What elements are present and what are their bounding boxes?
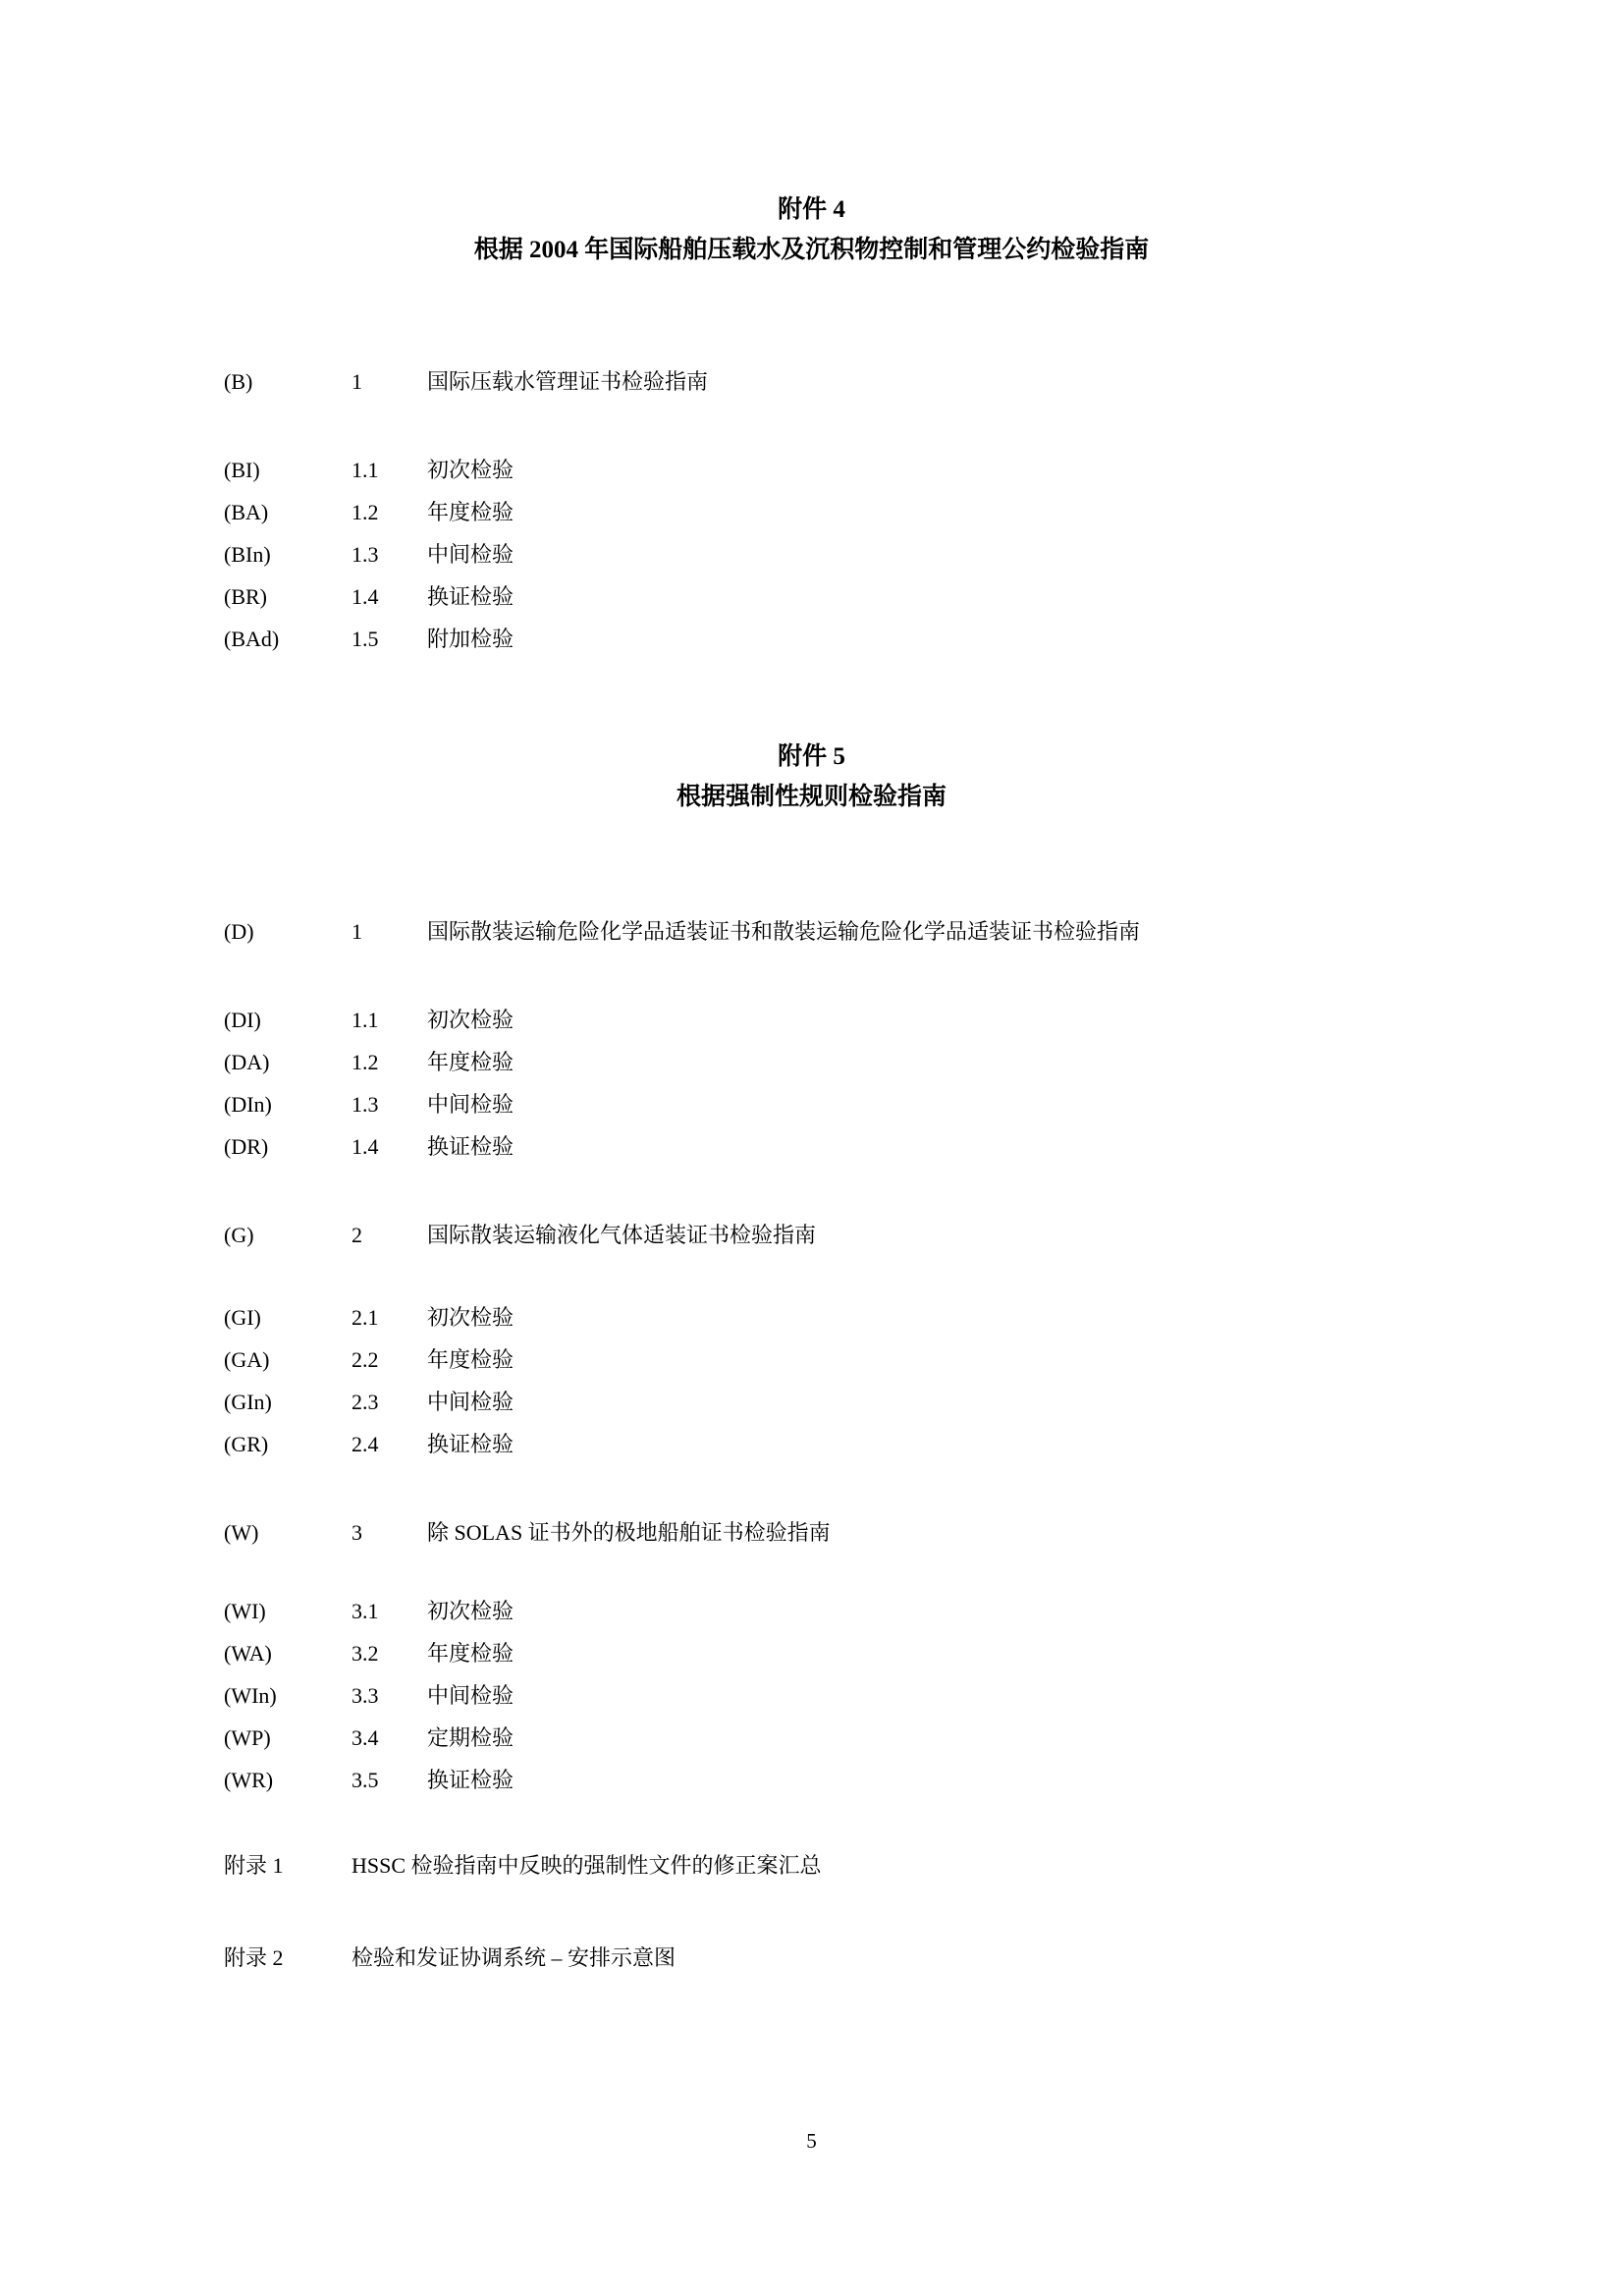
toc-row: (BI) 1.1 初次检验	[0, 449, 1623, 491]
item-code: (BR)	[224, 575, 352, 618]
item-number: 2.4	[352, 1423, 427, 1465]
item-text: 中间检验	[427, 1083, 1535, 1125]
item-number: 2	[352, 1214, 427, 1257]
item-code: (GI)	[224, 1296, 352, 1339]
item-text: 中间检验	[427, 1674, 1535, 1717]
annex4-title: 附件 4	[0, 191, 1623, 229]
item-number: 1.3	[352, 1083, 427, 1125]
item-text: 中间检验	[427, 1381, 1535, 1423]
item-text: 初次检验	[427, 1296, 1535, 1339]
toc-row: (WP) 3.4 定期检验	[0, 1717, 1623, 1759]
toc-row: (GIn) 2.3 中间检验	[0, 1381, 1623, 1423]
appendix-label: 附录 2	[224, 1937, 352, 1980]
item-text: 年度检验	[427, 1041, 1535, 1083]
toc-row: (WI) 3.1 初次检验	[0, 1590, 1623, 1632]
item-code: (W)	[224, 1511, 352, 1555]
toc-row: (BAd) 1.5 附加检验	[0, 618, 1623, 660]
item-number: 2.2	[352, 1339, 427, 1381]
item-number: 2.3	[352, 1381, 427, 1423]
item-text: 初次检验	[427, 449, 1535, 491]
item-number: 3.4	[352, 1717, 427, 1759]
item-text: 换证检验	[427, 575, 1535, 618]
item-text: 除 SOLAS 证书外的极地船舶证书检验指南	[427, 1511, 1535, 1555]
annex4-sublist: (BI) 1.1 初次检验 (BA) 1.2 年度检验 (BIn) 1.3 中间…	[0, 449, 1623, 660]
item-text: 年度检验	[427, 1632, 1535, 1674]
item-code: (WR)	[224, 1759, 352, 1801]
item-number: 1.4	[352, 575, 427, 618]
annex5-sublist-d: (DI) 1.1 初次检验 (DA) 1.2 年度检验 (DIn) 1.3 中间…	[0, 999, 1623, 1168]
toc-row: (BA) 1.2 年度检验	[0, 491, 1623, 533]
item-number: 1.2	[352, 1041, 427, 1083]
toc-row-main-d: (D) 1 国际散装运输危险化学品适装证书和散装运输危险化学品适装证书检验指南	[0, 910, 1623, 954]
item-code: (BAd)	[224, 618, 352, 660]
item-code: (WIn)	[224, 1674, 352, 1717]
document-page: 附件 4 根据 2004 年国际船舶压载水及沉积物控制和管理公约检验指南 (B)…	[0, 0, 1623, 2296]
item-text: 换证检验	[427, 1125, 1535, 1168]
item-number: 1.5	[352, 618, 427, 660]
item-code: (GA)	[224, 1339, 352, 1381]
item-number: 1.4	[352, 1125, 427, 1168]
toc-row-main-w: (W) 3 除 SOLAS 证书外的极地船舶证书检验指南	[0, 1511, 1623, 1555]
page-number: 5	[0, 2129, 1623, 2154]
item-number: 1	[352, 910, 427, 954]
item-number: 1.1	[352, 449, 427, 491]
item-text: 国际散装运输液化气体适装证书检验指南	[427, 1214, 1535, 1257]
item-number: 3.1	[352, 1590, 427, 1632]
item-number: 1.1	[352, 999, 427, 1041]
item-text: 定期检验	[427, 1717, 1535, 1759]
item-number: 1.3	[352, 533, 427, 575]
annex5-subtitle: 根据强制性规则检验指南	[0, 776, 1623, 819]
toc-row: (GR) 2.4 换证检验	[0, 1423, 1623, 1465]
item-number: 1	[352, 360, 427, 404]
item-number: 3.2	[352, 1632, 427, 1674]
item-code: (BI)	[224, 449, 352, 491]
annex5-sublist-w: (WI) 3.1 初次检验 (WA) 3.2 年度检验 (WIn) 3.3 中间…	[0, 1590, 1623, 1801]
toc-row-main-g: (G) 2 国际散装运输液化气体适装证书检验指南	[0, 1214, 1623, 1257]
appendix-row-1: 附录 1 HSSC 检验指南中反映的强制性文件的修正案汇总	[0, 1844, 1623, 1887]
item-code: (DR)	[224, 1125, 352, 1168]
item-number: 3.3	[352, 1674, 427, 1717]
item-code: (DA)	[224, 1041, 352, 1083]
toc-row: (DA) 1.2 年度检验	[0, 1041, 1623, 1083]
item-code: (WP)	[224, 1717, 352, 1759]
toc-row: (DI) 1.1 初次检验	[0, 999, 1623, 1041]
item-text: 初次检验	[427, 999, 1535, 1041]
toc-row: (GA) 2.2 年度检验	[0, 1339, 1623, 1381]
item-text: 年度检验	[427, 491, 1535, 533]
appendix-label: 附录 1	[224, 1844, 352, 1887]
item-code: (B)	[224, 360, 352, 404]
item-text: 年度检验	[427, 1339, 1535, 1381]
item-number: 3	[352, 1511, 427, 1555]
item-text: 国际散装运输危险化学品适装证书和散装运输危险化学品适装证书检验指南	[427, 910, 1535, 954]
toc-row: (WA) 3.2 年度检验	[0, 1632, 1623, 1674]
toc-row: (WR) 3.5 换证检验	[0, 1759, 1623, 1801]
item-number: 2.1	[352, 1296, 427, 1339]
annex4-subtitle: 根据 2004 年国际船舶压载水及沉积物控制和管理公约检验指南	[0, 229, 1623, 272]
toc-row: (BIn) 1.3 中间检验	[0, 533, 1623, 575]
toc-row-main-b: (B) 1 国际压载水管理证书检验指南	[0, 360, 1623, 404]
item-code: (G)	[224, 1214, 352, 1257]
item-code: (WA)	[224, 1632, 352, 1674]
item-code: (BA)	[224, 491, 352, 533]
annex5-title: 附件 5	[0, 738, 1623, 776]
annex5-sublist-g: (GI) 2.1 初次检验 (GA) 2.2 年度检验 (GIn) 2.3 中间…	[0, 1296, 1623, 1465]
item-code: (D)	[224, 910, 352, 954]
item-number: 3.5	[352, 1759, 427, 1801]
appendix-row-2: 附录 2 检验和发证协调系统 – 安排示意图	[0, 1937, 1623, 1980]
item-text: 初次检验	[427, 1590, 1535, 1632]
item-text: 附加检验	[427, 618, 1535, 660]
toc-row: (GI) 2.1 初次检验	[0, 1296, 1623, 1339]
item-number: 1.2	[352, 491, 427, 533]
item-text: 换证检验	[427, 1423, 1535, 1465]
item-text: 国际压载水管理证书检验指南	[427, 360, 1535, 404]
item-code: (BIn)	[224, 533, 352, 575]
toc-row: (BR) 1.4 换证检验	[0, 575, 1623, 618]
toc-row: (DIn) 1.3 中间检验	[0, 1083, 1623, 1125]
item-text: 换证检验	[427, 1759, 1535, 1801]
item-code: (GIn)	[224, 1381, 352, 1423]
item-text: 中间检验	[427, 533, 1535, 575]
item-code: (GR)	[224, 1423, 352, 1465]
item-code: (DI)	[224, 999, 352, 1041]
toc-row: (WIn) 3.3 中间检验	[0, 1674, 1623, 1717]
toc-row: (DR) 1.4 换证检验	[0, 1125, 1623, 1168]
item-code: (WI)	[224, 1590, 352, 1632]
appendix-text: HSSC 检验指南中反映的强制性文件的修正案汇总	[352, 1844, 1535, 1887]
item-code: (DIn)	[224, 1083, 352, 1125]
appendix-text: 检验和发证协调系统 – 安排示意图	[352, 1937, 1535, 1980]
